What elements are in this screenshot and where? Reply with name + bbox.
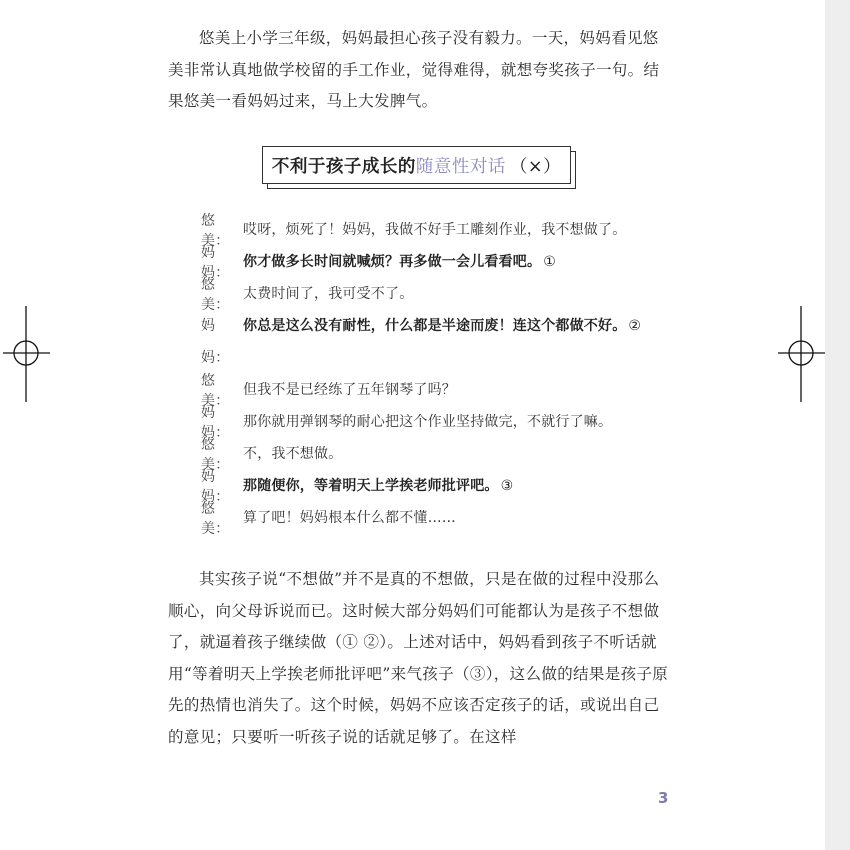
- note-marker: ①: [543, 254, 556, 270]
- cross-mark: （×）: [510, 153, 561, 178]
- utterance: 算了吧！妈妈根本什么都不懂……: [243, 502, 661, 534]
- registration-mark-icon: [1, 306, 51, 402]
- utterance: 那你就用弹钢琴的耐心把这个作业坚持做完，不就行了嘛。: [243, 406, 661, 438]
- utterance: 那随便你，等着明天上学挨老师批评吧。③: [243, 470, 661, 502]
- viewer-side-strip: [825, 0, 850, 850]
- speaker: 悠美：: [201, 498, 243, 538]
- dialogue-line: 妈妈： 你总是这么没有耐性，什么都是半途而废！连这个都做不好。②: [201, 310, 661, 374]
- dialogue-line: 妈妈： 那你就用弹钢琴的耐心把这个作业坚持做完，不就行了嘛。: [201, 406, 661, 438]
- utterance-text: 你才做多长时间就喊烦？再多做一会儿看看吧。: [243, 254, 541, 270]
- dialogue-line: 悠美： 太费时间了，我可受不了。: [201, 278, 661, 310]
- utterance: 你总是这么没有耐性，什么都是半途而废！连这个都做不好。②: [243, 310, 661, 342]
- note-marker: ③: [501, 478, 514, 494]
- dialogue-line: 悠美： 哎呀，烦死了！妈妈，我做不好手工雕刻作业，我不想做了。: [201, 214, 661, 246]
- intro-paragraph-text: 悠美上小学三年级，妈妈最担心孩子没有毅力。一天，妈妈看见悠美非常认真地做学校留的…: [168, 23, 672, 118]
- utterance: 太费时间了，我可受不了。: [243, 278, 661, 310]
- intro-paragraph: 悠美上小学三年级，妈妈最担心孩子没有毅力。一天，妈妈看见悠美非常认真地做学校留的…: [168, 23, 672, 118]
- page-number: 3: [658, 789, 668, 807]
- body-paragraph: 其实孩子说“不想做”并不是真的不想做，只是在做的过程中没那么顺心，向父母诉说而已…: [168, 564, 672, 753]
- section-title: 不利于孩子成长的随意性对话（×）: [262, 146, 571, 184]
- dialogue-line: 悠美： 但我不是已经练了五年钢琴了吗？: [201, 374, 661, 406]
- section-title-box: 不利于孩子成长的随意性对话（×）: [262, 146, 576, 189]
- speaker: 悠美：: [201, 274, 243, 314]
- utterance: 不，我不想做。: [243, 438, 661, 470]
- note-marker: ②: [628, 318, 641, 334]
- utterance: 哎呀，烦死了！妈妈，我做不好手工雕刻作业，我不想做了。: [243, 214, 661, 246]
- utterance-text: 那随便你，等着明天上学挨老师批评吧。: [243, 478, 499, 494]
- dialogue-line: 妈妈： 你才做多长时间就喊烦？再多做一会儿看看吧。①: [201, 246, 661, 278]
- dialogue-line: 悠美： 不，我不想做。: [201, 438, 661, 470]
- registration-mark-icon: [776, 306, 826, 402]
- body-paragraph-text: 其实孩子说“不想做”并不是真的不想做，只是在做的过程中没那么顺心，向父母诉说而已…: [168, 564, 672, 753]
- section-title-prefix: 不利于孩子成长的: [272, 153, 416, 178]
- utterance: 你才做多长时间就喊烦？再多做一会儿看看吧。①: [243, 246, 661, 278]
- dialogue-line: 悠美： 算了吧！妈妈根本什么都不懂……: [201, 502, 661, 534]
- utterance: 但我不是已经练了五年钢琴了吗？: [243, 374, 661, 406]
- dialogue-line: 妈妈： 那随便你，等着明天上学挨老师批评吧。③: [201, 470, 661, 502]
- section-title-accent: 随意性对话: [416, 153, 506, 178]
- speaker: 妈妈：: [201, 310, 243, 374]
- dialogue-block: 悠美： 哎呀，烦死了！妈妈，我做不好手工雕刻作业，我不想做了。 妈妈： 你才做多…: [201, 214, 661, 534]
- utterance-text: 你总是这么没有耐性，什么都是半途而废！连这个都做不好。: [243, 318, 626, 334]
